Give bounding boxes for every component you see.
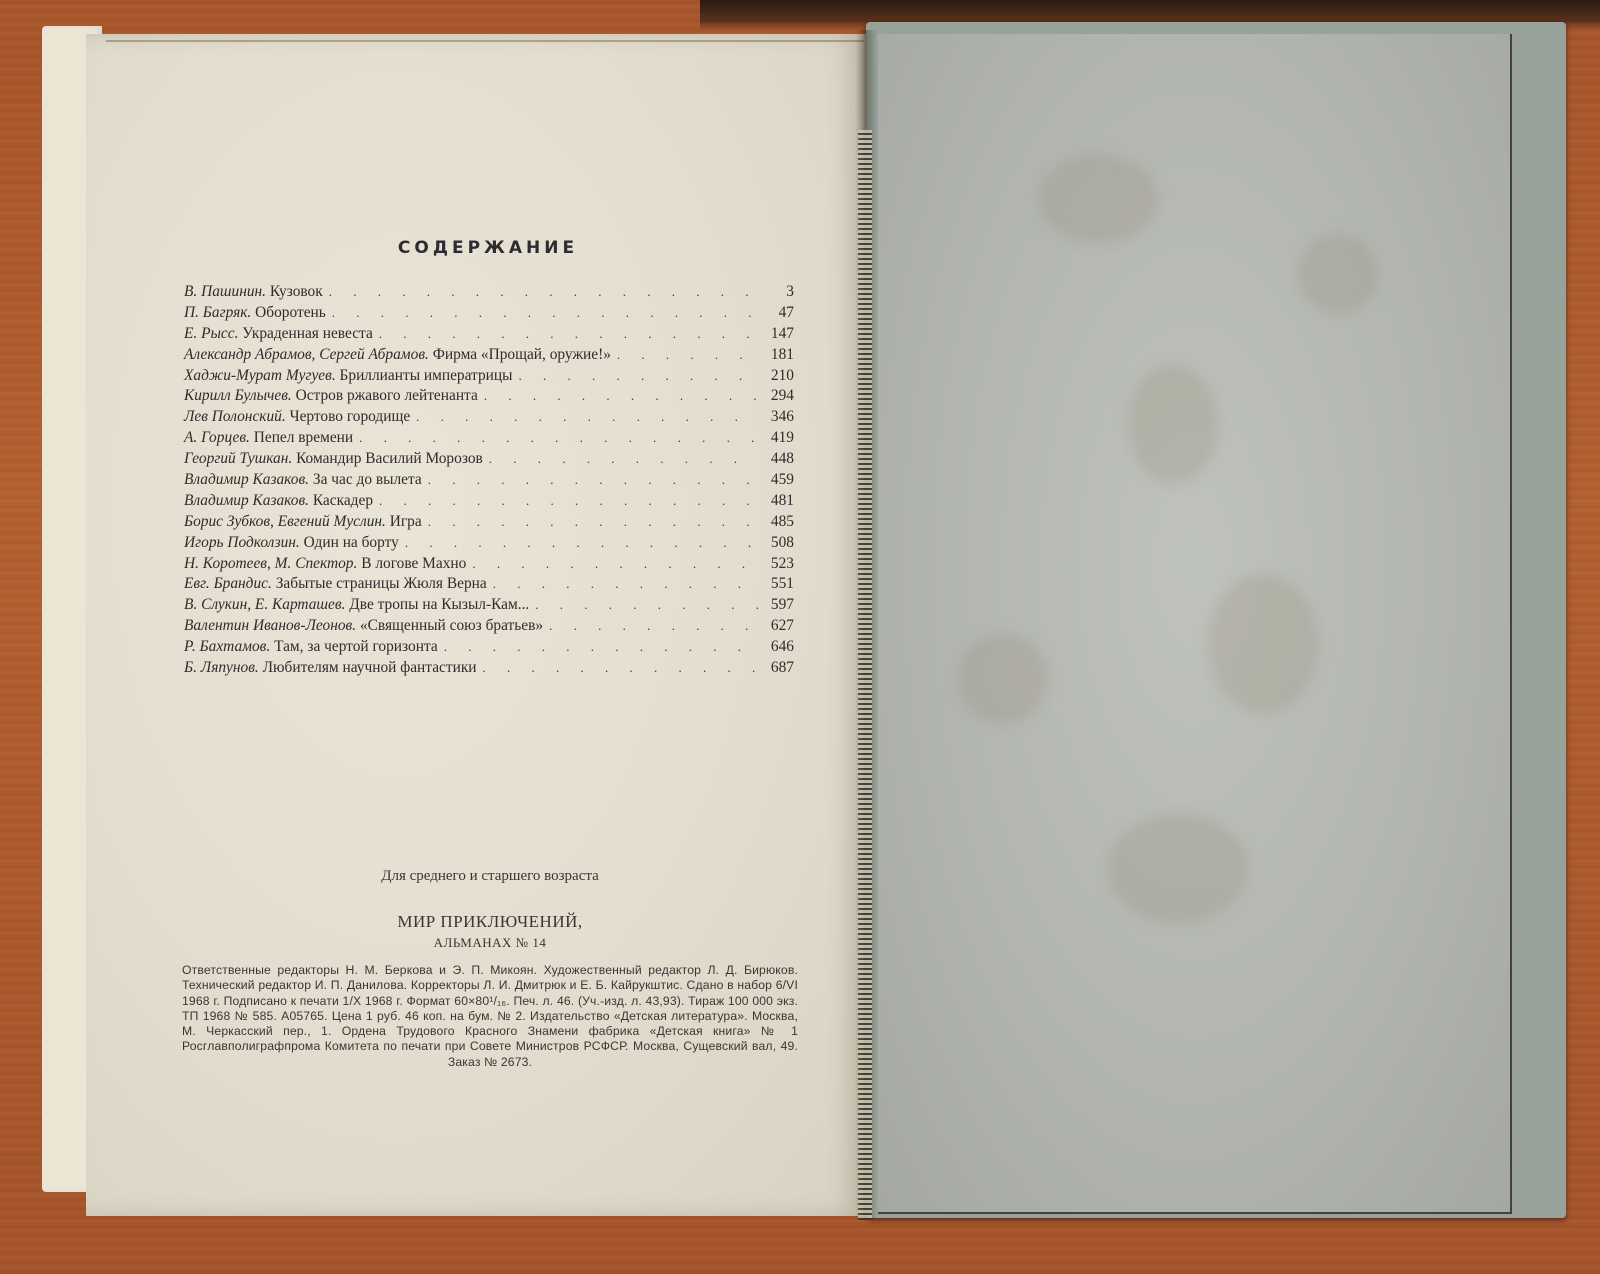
toc-page-number: 646 xyxy=(764,638,794,656)
dot-leader xyxy=(428,514,758,530)
dot-leader xyxy=(472,556,758,572)
stain xyxy=(1128,364,1218,484)
toc-title: Фирма «Прощай, оружие!» xyxy=(433,346,611,364)
toc-author: Хаджи-Мурат Мугуев. xyxy=(184,367,336,385)
dot-leader xyxy=(549,618,758,634)
toc-page-number: 508 xyxy=(764,534,794,552)
dot-leader xyxy=(428,472,758,488)
toc-entry: Владимир Казаков. Каскадер481 xyxy=(184,492,794,513)
dot-leader xyxy=(493,576,758,592)
toc-entry: Кирилл Булычев. Остров ржавого лейтенант… xyxy=(184,387,794,408)
toc-page-number: 294 xyxy=(764,387,794,405)
dot-leader xyxy=(489,451,758,467)
toc-title: Там, за чертой горизонта xyxy=(274,638,438,656)
toc-author: Е. Рысс. xyxy=(184,325,238,343)
toc-page-number: 419 xyxy=(764,429,794,447)
toc-entry: Н. Коротеев, М. Спектор. В логове Махно5… xyxy=(184,555,794,576)
toc-entry: Е. Рысс. Украденная невеста147 xyxy=(184,325,794,346)
toc-title: Один на борту xyxy=(304,534,399,552)
toc-author: Кирилл Булычев. xyxy=(184,387,292,405)
toc-page-number: 481 xyxy=(764,492,794,510)
toc-page-number: 551 xyxy=(764,575,794,593)
toc-page-number: 147 xyxy=(764,325,794,343)
toc-page-number: 3 xyxy=(764,283,794,301)
toc-title: Пепел времени xyxy=(254,429,353,447)
toc-author: Георгий Тушкан. xyxy=(184,450,292,468)
toc-author: Владимир Казаков. xyxy=(184,471,309,489)
toc-author: Р. Бахтамов. xyxy=(184,638,270,656)
toc-author: Валентин Иванов-Леонов. xyxy=(184,617,356,635)
toc-title: Оборотень xyxy=(255,304,326,322)
almanac-title: МИР ПРИКЛЮЧЕНИЙ, xyxy=(170,912,810,932)
dot-leader xyxy=(379,326,758,342)
toc-author: Борис Зубков, Евгений Муслин. xyxy=(184,513,386,531)
dot-leader xyxy=(332,305,758,321)
toc-author: Б. Ляпунов. xyxy=(184,659,259,677)
toc-entry: Хаджи-Мурат Мугуев. Бриллианты императри… xyxy=(184,367,794,388)
table-of-contents: В. Пашинин. Кузовок3 П. Багряк. Оборотен… xyxy=(184,283,794,680)
dot-leader xyxy=(518,368,758,384)
toc-page-number: 687 xyxy=(764,659,794,677)
toc-heading: СОДЕРЖАНИЕ xyxy=(170,238,806,258)
stain xyxy=(958,634,1048,724)
toc-title: Украденная невеста xyxy=(242,325,372,343)
toc-author: В. Пашинин. xyxy=(184,283,266,301)
right-endpaper xyxy=(878,34,1512,1214)
toc-title: Две тропы на Кызыл-Кам... xyxy=(349,596,529,614)
stain xyxy=(1038,154,1158,244)
toc-page-number: 523 xyxy=(764,555,794,573)
toc-entry: В. Пашинин. Кузовок3 xyxy=(184,283,794,304)
toc-entry: Евг. Брандис. Забытые страницы Жюля Верн… xyxy=(184,575,794,596)
toc-author: Игорь Подколзин. xyxy=(184,534,300,552)
toc-title: Игра xyxy=(390,513,422,531)
toc-entry: Игорь Подколзин. Один на борту508 xyxy=(184,534,794,555)
toc-title: Любителям научной фантастики xyxy=(263,659,477,677)
toc-entry: В. Слукин, Е. Карташев. Две тропы на Кыз… xyxy=(184,596,794,617)
toc-author: А. Горцев. xyxy=(184,429,250,447)
toc-page-number: 459 xyxy=(764,471,794,489)
toc-title: Чертово городище xyxy=(290,408,411,426)
toc-entry: А. Горцев. Пепел времени419 xyxy=(184,429,794,450)
toc-entry: Валентин Иванов-Леонов. «Священный союз … xyxy=(184,617,794,638)
toc-title: Забытые страницы Жюля Верна xyxy=(276,575,487,593)
toc-entry: П. Багряк. Оборотень47 xyxy=(184,304,794,325)
toc-title: «Священный союз братьев» xyxy=(360,617,543,635)
toc-page-number: 181 xyxy=(764,346,794,364)
dot-leader xyxy=(405,535,758,551)
toc-title: За час до вылета xyxy=(313,471,422,489)
toc-author: Н. Коротеев, М. Спектор. xyxy=(184,555,357,573)
toc-entry: Лев Полонский. Чертово городище346 xyxy=(184,408,794,429)
toc-page-number: 597 xyxy=(764,596,794,614)
toc-title: Бриллианты императрицы xyxy=(340,367,513,385)
dot-leader xyxy=(329,284,758,300)
dot-leader xyxy=(379,493,758,509)
toc-page-number: 485 xyxy=(764,513,794,531)
toc-author: Евг. Брандис. xyxy=(184,575,272,593)
dot-leader xyxy=(416,409,758,425)
toc-title: Командир Василий Морозов xyxy=(296,450,483,468)
toc-author: Лев Полонский. xyxy=(184,408,286,426)
toc-title: В логове Махно xyxy=(361,555,466,573)
toc-page-number: 448 xyxy=(764,450,794,468)
toc-page-number: 346 xyxy=(764,408,794,426)
stain xyxy=(1108,814,1248,924)
dot-leader xyxy=(483,660,758,676)
toc-entry: Б. Ляпунов. Любителям научной фантастики… xyxy=(184,659,794,680)
audience-note: Для среднего и старшего возраста xyxy=(170,868,810,885)
dot-leader xyxy=(359,430,758,446)
toc-title: Остров ржавого лейтенанта xyxy=(296,387,478,405)
stain xyxy=(1208,574,1318,714)
toc-page-number: 47 xyxy=(764,304,794,322)
dot-leader xyxy=(617,347,758,363)
dot-leader xyxy=(444,639,758,655)
toc-entry: Александр Абрамов, Сергей Абрамов. Фирма… xyxy=(184,346,794,367)
stain xyxy=(1298,234,1378,314)
imprint-text: Ответственные редакторы Н. М. Беркова и … xyxy=(182,963,798,1070)
toc-entry: Р. Бахтамов. Там, за чертой горизонта646 xyxy=(184,638,794,659)
toc-page-number: 210 xyxy=(764,367,794,385)
toc-page-number: 627 xyxy=(764,617,794,635)
dot-leader xyxy=(484,388,758,404)
toc-author: П. Багряк. xyxy=(184,304,251,322)
toc-title: Кузовок xyxy=(270,283,323,301)
toc-author: Владимир Казаков. xyxy=(184,492,309,510)
toc-author: В. Слукин, Е. Карташев. xyxy=(184,596,345,614)
toc-entry: Борис Зубков, Евгений Муслин. Игра485 xyxy=(184,513,794,534)
almanac-issue: АЛЬМАНАХ № 14 xyxy=(170,935,810,951)
toc-entry: Владимир Казаков. За час до вылета459 xyxy=(184,471,794,492)
spine-binding-thread xyxy=(858,130,872,1220)
dot-leader xyxy=(535,597,758,613)
toc-entry: Георгий Тушкан. Командир Василий Морозов… xyxy=(184,450,794,471)
toc-author: Александр Абрамов, Сергей Абрамов. xyxy=(184,346,429,364)
toc-title: Каскадер xyxy=(313,492,373,510)
